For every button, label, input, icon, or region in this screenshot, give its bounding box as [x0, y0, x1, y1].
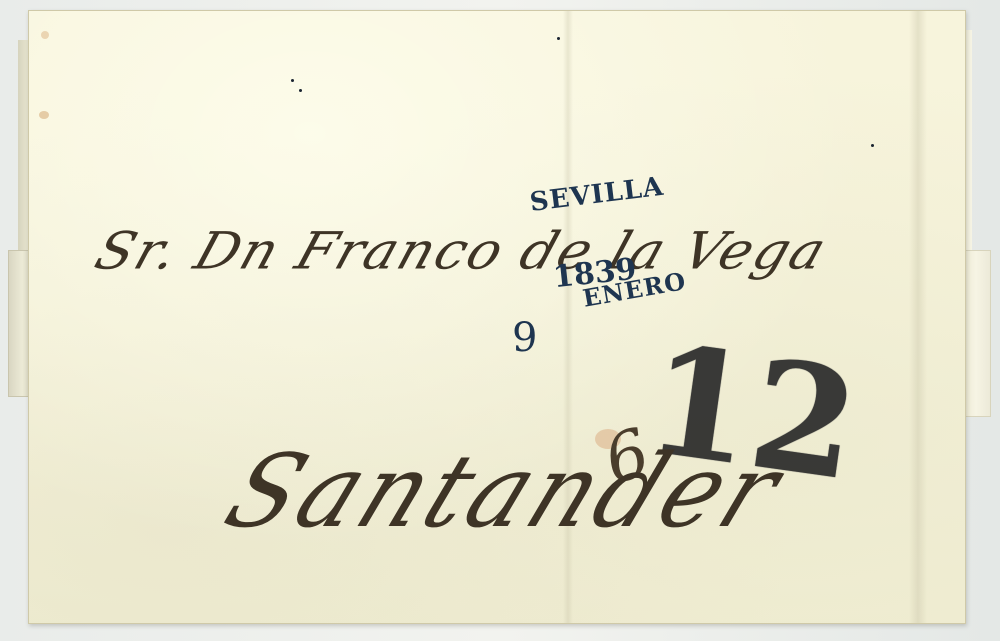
fold-crease-right	[909, 11, 927, 623]
foxing-stain	[41, 31, 49, 39]
postmark-day: 9	[512, 315, 537, 361]
ink-speck	[871, 144, 874, 147]
letter-right-flap	[962, 250, 991, 417]
destination-handwriting: Santander	[210, 432, 800, 550]
addressee-handwriting: Sr. Dn Franco de la Vega	[88, 221, 835, 281]
ink-speck	[291, 79, 294, 82]
foxing-stain	[39, 111, 49, 119]
ink-speck	[557, 37, 560, 40]
ink-speck	[299, 89, 302, 92]
